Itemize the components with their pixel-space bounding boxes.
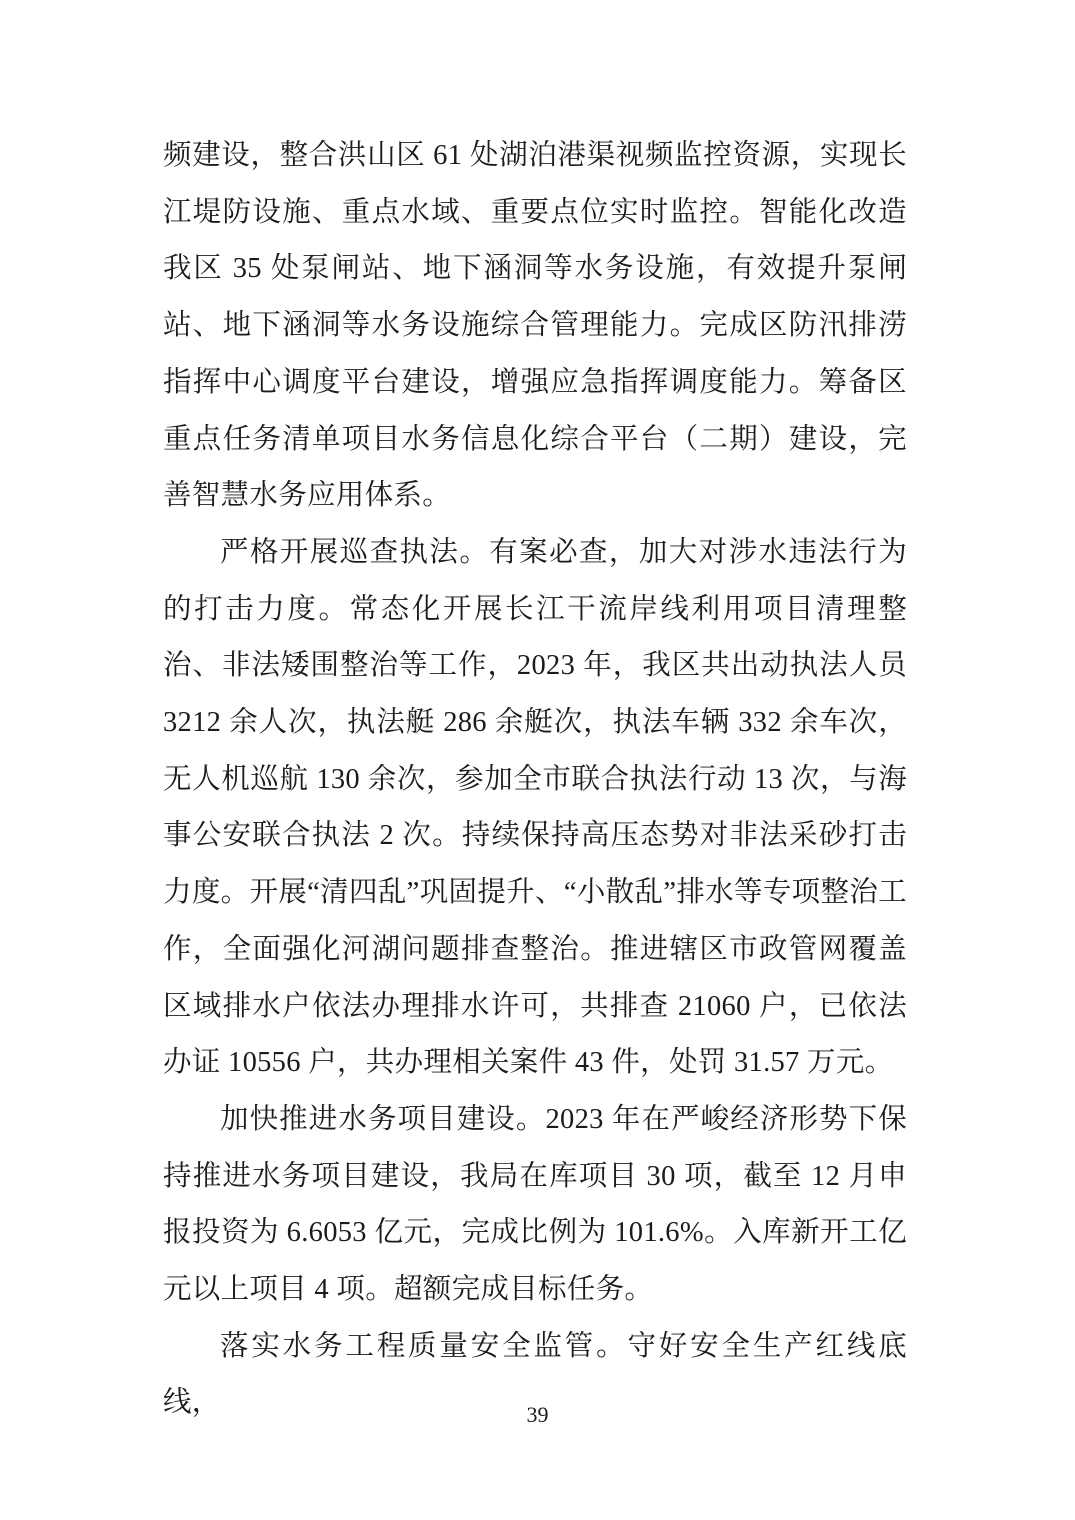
paragraph-3: 加快推进水务项目建设。2023 年在严峻经济形势下保持推进水务项目建设，我局在库… — [163, 1092, 907, 1319]
document-page: 频建设，整合洪山区 61 处湖泊港渠视频监控资源，实现长江堤防设施、重点水域、重… — [0, 0, 1075, 1520]
page-number: 39 — [527, 1402, 549, 1427]
paragraph-2: 严格开展巡查执法。有案必查，加大对涉水违法行为的打击力度。常态化开展长江干流岸线… — [163, 525, 907, 1092]
paragraph-1: 频建设，整合洪山区 61 处湖泊港渠视频监控资源，实现长江堤防设施、重点水域、重… — [163, 128, 907, 525]
document-body: 频建设，整合洪山区 61 处湖泊港渠视频监控资源，实现长江堤防设施、重点水域、重… — [163, 128, 907, 1432]
page-footer: 39 — [0, 1400, 1075, 1430]
